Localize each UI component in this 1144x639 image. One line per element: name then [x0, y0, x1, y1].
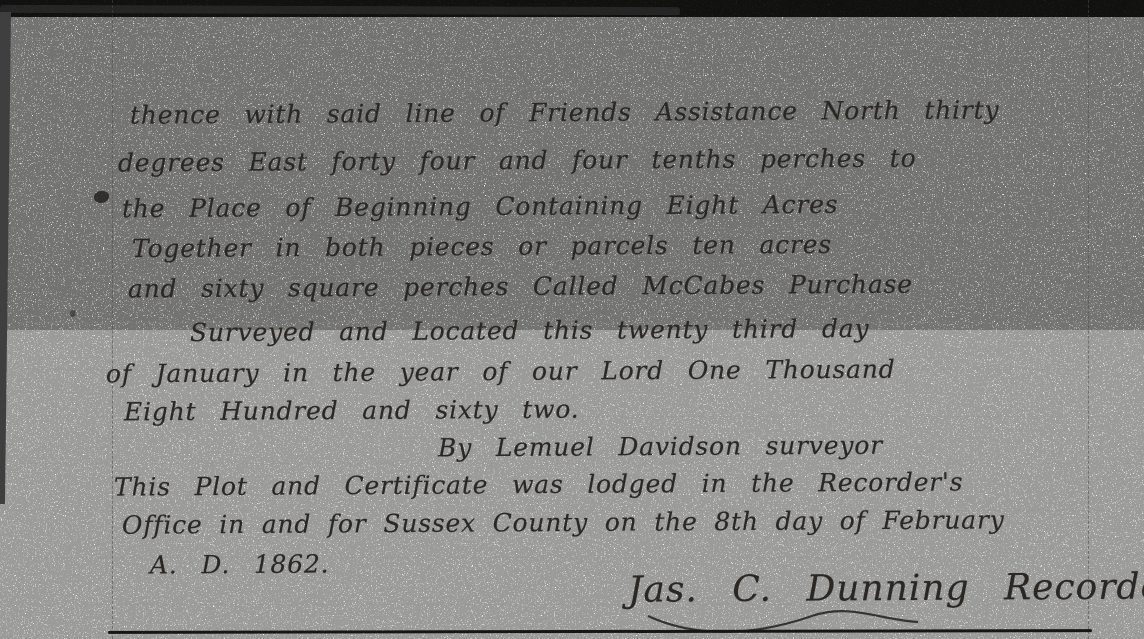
ruled-line — [20, 40, 1130, 41]
left-margin-rule — [112, 0, 113, 639]
handwritten-line: the Place of Beginning Containing Eight … — [122, 190, 839, 223]
handwritten-line: By Lemuel Davidson surveyor — [438, 431, 883, 463]
ink-blot — [94, 191, 109, 203]
handwritten-line: A. D. 1862. — [150, 549, 330, 579]
ruled-line — [20, 228, 1130, 229]
scan-top-edge-shadow — [0, 5, 680, 15]
scan-left-edge-shadow — [0, 12, 11, 504]
recorder-signature: Jas. C. Dunning Recorder — [628, 566, 1144, 610]
handwritten-line: Eight Hundred and sixty two. — [124, 395, 580, 427]
handwritten-line: thence with said line of Friends Assista… — [130, 95, 1000, 129]
handwritten-line: degrees East forty four and four tenths … — [118, 144, 917, 178]
ruled-line — [20, 463, 1130, 464]
scanned-document-page: thence with said line of Friends Assista… — [0, 0, 1144, 639]
handwritten-line: of January in the year of our Lord One T… — [106, 355, 896, 389]
ink-blot — [70, 310, 76, 317]
handwritten-line: This Plot and Certificate was lodged in … — [114, 467, 963, 501]
handwritten-line: Together in both pieces or parcels ten a… — [132, 230, 832, 263]
scan-bottom-rule — [108, 629, 1092, 634]
handwritten-line: Office in and for Sussex County on the 8… — [122, 505, 1005, 539]
handwritten-line: Surveyed and Located this twenty third d… — [190, 314, 869, 347]
ruled-line — [20, 181, 1130, 182]
right-margin-rule — [1088, 0, 1089, 639]
ruled-line — [20, 87, 1130, 88]
handwritten-line: and sixty square perches Called McCabes … — [128, 270, 913, 304]
ruled-line — [20, 134, 1130, 135]
